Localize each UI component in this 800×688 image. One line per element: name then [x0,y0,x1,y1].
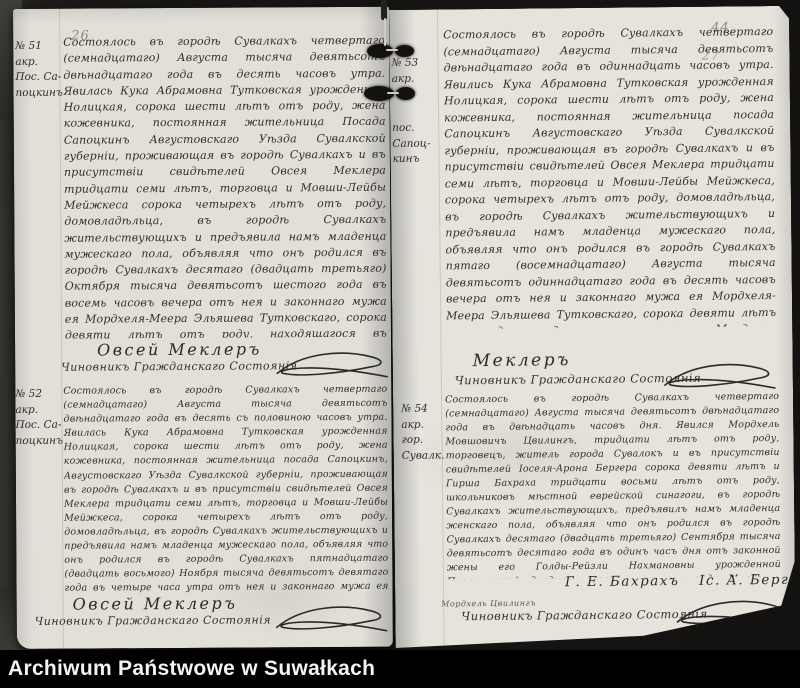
act-52-signature: Овсей Меклеръ [73,594,238,614]
scanned-register-spread: 26 № 51 акр. Пос. Са- поцкинъ Состоялось… [0,0,800,688]
act-number: № 51 акр. [15,39,63,70]
signature-flourish-icon [673,591,791,632]
signature-flourish-icon [273,597,391,638]
binding-thread [381,0,387,20]
act-locality: пос. Сапоц- [392,120,444,152]
act-51-margin-note: № 51 акр. Пос. Са- поцкинъ [15,39,63,101]
act-54-witness-signatures: Г. Е. Бахрахъ Іс. А. Бергеръ [565,572,800,591]
act-locality: поцкинъ [15,85,63,101]
archive-bar: Archiwum Państwowe w Suwałkach [0,650,800,688]
archive-bar-label: Archiwum Państwowe w Suwałkach [0,657,375,681]
binding-thread [384,18,386,46]
signature-flourish-icon [661,354,779,395]
binding-thread [386,49,398,51]
binding-hole [395,45,414,57]
act-52-official-title: Чиновникъ Гражданскаго Состоянія [35,613,271,627]
act-51-signature: Овсей Меклеръ [97,339,262,359]
witness-signature: Іс. А. Бергеръ [685,572,800,589]
act-54-declarant-signature: Мордхель Цвилингъ [441,598,536,608]
binding-hole [367,44,393,58]
act-number: № 53 акр. [391,55,443,87]
act-number: № 52 акр. [15,387,63,418]
register-page-left: 26 № 51 акр. Пос. Са- поцкинъ Состоялось… [13,7,393,649]
act-locality: кинъ [392,151,444,167]
act-53-signature: Меклеръ [473,350,571,371]
binding-thread [387,92,399,94]
act-54-official-title: Чиновникъ Гражданскаго Состоянія [461,607,707,624]
act-locality: Пос. Са- [15,70,63,86]
act-53-margin-note: № 53 акр. пос. Сапоц- кинъ [391,55,444,167]
act-51-body: Состоялось въ городѣ Сувалкахъ четвертаг… [63,33,387,339]
witness-signature: Г. Е. Бахрахъ [565,573,680,590]
act-54-body: Состоялось въ городѣ Сувалкахъ четвертаг… [445,390,781,579]
register-page-right: 44. 27 № 53 акр. пос. Сапоц- кинъ Состоя… [389,6,796,648]
act-locality: Пос. Са- [15,418,63,434]
act-52-margin-note: № 52 акр. Пос. Са- поцкинъ [15,387,63,449]
signature-flourish-icon [273,343,391,384]
act-51-official-title: Чиновникъ Гражданскаго Состоянія [61,359,297,373]
act-53-body: Состоялось въ городѣ Сувалкахъ четвертаг… [443,24,776,329]
act-52-body: Состоялось въ городѣ Сувалкахъ четвертаг… [63,383,388,597]
act-locality: поцкинъ [16,433,64,449]
